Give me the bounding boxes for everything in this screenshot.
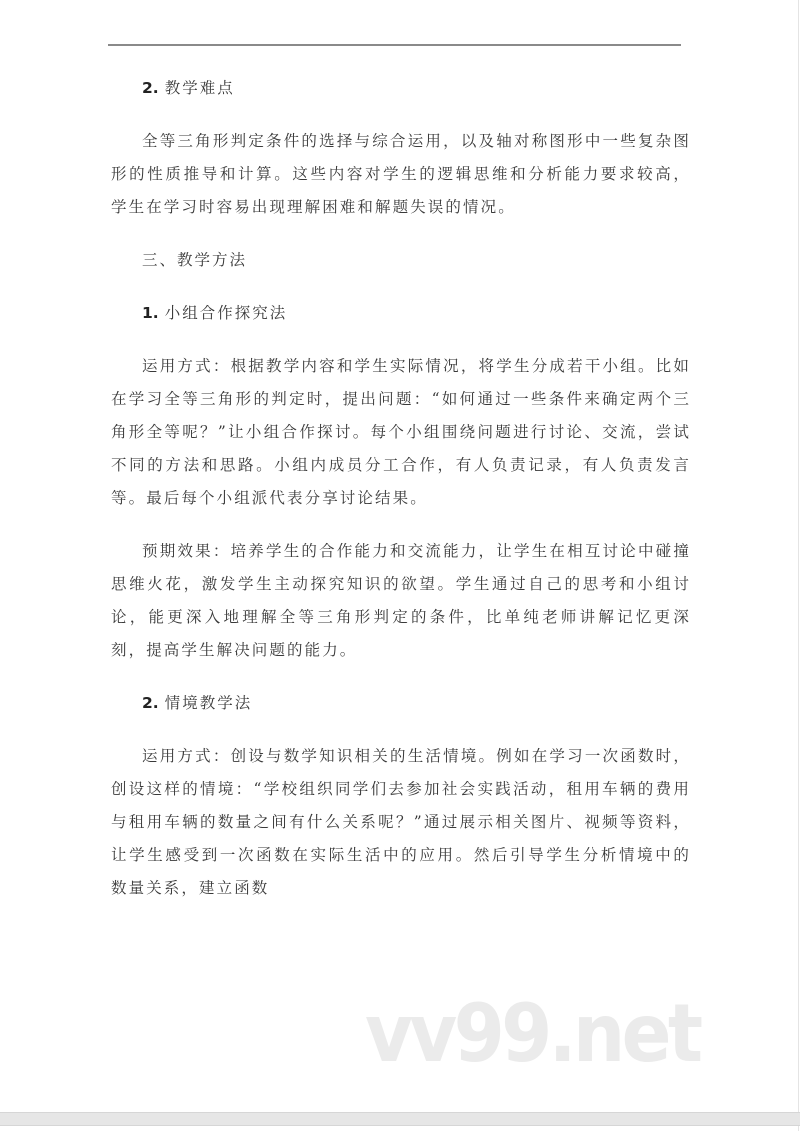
heading-situational-teaching: 2.情境教学法 [111,687,691,720]
heading-group-inquiry: 1.小组合作探究法 [111,297,691,330]
heading-number: 2. [142,79,159,97]
heading-text: 教学难点 [165,79,235,97]
paragraph-situational-usage: 运用方式：创设与数学知识相关的生活情境。例如在学习一次函数时，创设这样的情境：“… [111,740,691,905]
heading-number: 1. [142,304,159,322]
heading-teaching-difficulties: 2.教学难点 [111,72,691,105]
paragraph-group-effect: 预期效果：培养学生的合作能力和交流能力，让学生在相互讨论中碰撞思维火花，激发学生… [111,535,691,667]
paragraph-difficulties: 全等三角形判定条件的选择与综合运用，以及轴对称图形中一些复杂图形的性质推导和计算… [111,125,691,224]
paragraph-group-usage: 运用方式：根据教学内容和学生实际情况，将学生分成若干小组。比如在学习全等三角形的… [111,350,691,515]
document-body: 2.教学难点 全等三角形判定条件的选择与综合运用，以及轴对称图形中一些复杂图形的… [111,72,691,905]
heading-text: 情境教学法 [165,694,253,712]
page-separator [0,1112,800,1126]
watermark: vv99.net [365,994,699,1074]
heading-text: 小组合作探究法 [165,304,288,322]
heading-teaching-methods: 三、教学方法 [111,244,691,277]
heading-number: 2. [142,694,159,712]
document-page: 2.教学难点 全等三角形判定条件的选择与综合运用，以及轴对称图形中一些复杂图形的… [0,0,799,1131]
header-rule [108,44,681,46]
